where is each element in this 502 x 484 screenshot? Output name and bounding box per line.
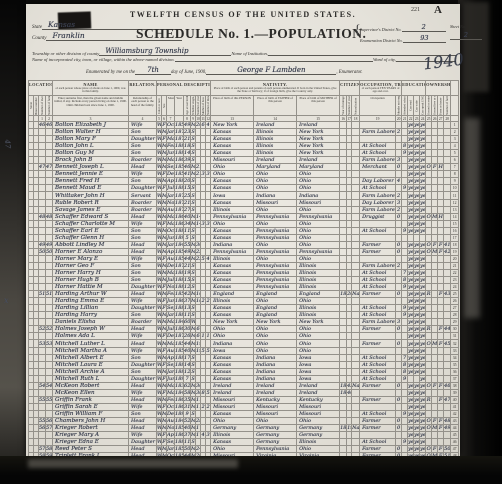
cell-age: 13 xyxy=(184,305,191,312)
cell-marital-status: S xyxy=(191,361,196,368)
cell-father-birthplace: England xyxy=(254,291,297,298)
cell-can-speak-english: yes xyxy=(420,375,426,382)
cell-color: W xyxy=(157,354,162,361)
cell-family-number: 58 xyxy=(46,446,53,453)
cell-color: W xyxy=(157,446,162,453)
cell-dwelling-number xyxy=(39,129,46,136)
cell-birth-year: 1894 xyxy=(175,234,184,241)
cell-farm-schedule-number xyxy=(444,164,451,171)
cell-can-write: yes xyxy=(414,206,420,213)
cell-can-write: yes xyxy=(414,446,420,453)
cell-birth-month: Nov xyxy=(167,199,175,206)
cell-birth-month: Mar xyxy=(167,340,175,347)
cell-home-owned-rented: R xyxy=(426,326,432,333)
cell-name: Mitchell Archie A xyxy=(53,368,129,375)
column-header-occupation: Occupation xyxy=(360,96,396,116)
cell-mother-birthplace: Germany xyxy=(297,425,340,432)
cell-occupation: Farm Laborer xyxy=(360,192,396,199)
cell-naturalization xyxy=(352,361,360,368)
cell-dwelling-number: 53 xyxy=(39,340,46,347)
cell-birthplace: Kansas xyxy=(211,305,254,312)
cell-sex: F xyxy=(162,361,167,368)
cell-can-write: yes xyxy=(414,347,420,354)
cell-age: 7 xyxy=(184,375,191,382)
table-row: Brock John BBoarderWMMay186139SMissouriI… xyxy=(29,157,459,164)
cell-father-birthplace: Ireland xyxy=(254,389,297,396)
cell-years-married: 17 xyxy=(196,425,201,432)
cell-farm-schedule-number xyxy=(444,361,451,368)
cell-marital-status: S xyxy=(191,206,196,213)
cell-birthplace: Kansas xyxy=(211,199,254,206)
cell-mother-birthplace: Ohio xyxy=(297,333,340,340)
cell-age: 12 xyxy=(184,284,191,291)
cell-can-speak-english: yes xyxy=(420,326,426,333)
cell-name: Griffin Frank xyxy=(53,396,129,403)
cell-age: 46 xyxy=(184,164,191,171)
column-group: OWNERSHIP OF HOME. xyxy=(426,81,451,96)
cell-can-write: yes xyxy=(414,425,420,432)
cell-father-birthplace: Pennsylvania xyxy=(254,269,297,276)
cell-birth-month: Oct xyxy=(167,227,175,234)
cell-can-write: yes xyxy=(414,396,420,403)
column-group: NATIVITY.Place of birth of each person a… xyxy=(211,81,340,96)
cell-birth-year: 1863 xyxy=(175,432,184,439)
cell-family-number xyxy=(46,277,53,284)
cell-father-birthplace: Germany xyxy=(254,425,297,432)
cell-father-birthplace: Ohio xyxy=(254,206,297,213)
cell-immigration-year xyxy=(340,340,347,347)
cell-father-birthplace: England xyxy=(254,305,297,312)
cell-birthplace: Ohio xyxy=(211,164,254,171)
cell-immigration-year xyxy=(340,199,347,206)
cell-birth-year: 1838 xyxy=(175,382,184,389)
table-row: 4949Abbott Lindley MHeadWMJan184555M30In… xyxy=(29,241,459,248)
cell-home-owned-rented: O xyxy=(426,425,432,432)
cell-occupation: At School xyxy=(360,361,396,368)
cell-can-read: yes xyxy=(408,199,414,206)
column-header-father-birthplace: Place of birth of FATHER of this person xyxy=(254,96,297,116)
cell-birth-year: 1884 xyxy=(175,185,184,192)
cell-color: W xyxy=(157,143,162,150)
cell-age: 14 xyxy=(184,361,191,368)
cell-can-write: yes xyxy=(414,305,420,312)
cell-children-living: 2 xyxy=(206,298,211,305)
cell-relation: Wife xyxy=(129,122,157,129)
cell-immigration-year: 1880 xyxy=(340,291,347,298)
cell-can-write: yes xyxy=(414,136,420,143)
cell-age: 11 xyxy=(184,227,191,234)
cell-family-number xyxy=(46,150,53,157)
cell-family-number xyxy=(46,220,53,227)
cell-relation: Boarder xyxy=(129,206,157,213)
cell-immigration-year xyxy=(340,354,347,361)
cell-can-write: yes xyxy=(414,410,420,417)
cell-birth-month: Jan xyxy=(167,446,175,453)
cell-immigration-year xyxy=(340,410,347,417)
cell-birthplace: Kansas xyxy=(211,269,254,276)
cell-home-free-mortgaged: M xyxy=(432,248,438,255)
enumerator-name: George F Lambden xyxy=(206,66,336,75)
column-header-family-number: Number of family in the order of visitat… xyxy=(46,96,53,116)
cell-birthplace: Kansas xyxy=(211,262,254,269)
cell-mother-birthplace: New York xyxy=(297,136,340,143)
cell-naturalization xyxy=(352,269,360,276)
cell-can-write: yes xyxy=(414,403,420,410)
cell-name: Horner Hattie M xyxy=(53,284,129,291)
cell-dwelling-number xyxy=(39,403,46,410)
cell-birth-year: 1858 xyxy=(175,291,184,298)
census-table: LOCATION.NAMEof each person whose place … xyxy=(28,80,459,460)
cell-birthplace: Pennsylvania xyxy=(211,213,254,220)
cell-name: Holmes Ada L xyxy=(53,333,129,340)
cell-years-in-us: 20 xyxy=(347,291,352,298)
cell-name: Holmes Joseph W xyxy=(53,326,129,333)
cell-can-speak-english: yes xyxy=(420,389,426,396)
cell-family-number: 52 xyxy=(46,326,53,333)
cell-can-read: yes xyxy=(408,298,414,305)
cell-sex: F xyxy=(162,403,167,410)
cell-age: 20 xyxy=(184,178,191,185)
cell-line-number: 4 xyxy=(451,143,459,150)
township-value: Williamsburg Township xyxy=(99,48,231,56)
cell-name: McKeon Robert xyxy=(53,382,129,389)
table-row: Holmes Ada LWifeWFDec187326M611OhioOhioO… xyxy=(29,333,459,340)
cell-birth-year: 1850 xyxy=(175,122,184,129)
table-row: 5758Reed Peter SHeadWMJan185050M24OhioPe… xyxy=(29,446,459,453)
cell-birthplace: Kansas xyxy=(211,368,254,375)
cell-family-number: 55 xyxy=(46,396,53,403)
enumeration-district-label: Enumeration District No. xyxy=(360,38,403,43)
cell-birth-year: 1882 xyxy=(175,143,184,150)
cell-sex: M xyxy=(162,396,167,403)
cell-family-number xyxy=(46,312,53,319)
cell-can-speak-english: yes xyxy=(420,164,426,171)
cell-birthplace: Kansas xyxy=(211,410,254,417)
cell-mother-of-children: 6 xyxy=(201,122,206,129)
cell-relation: Son xyxy=(129,269,157,276)
cell-family-number xyxy=(46,284,53,291)
column-header-farm-or-house: Farm or house xyxy=(438,96,444,116)
cell-relation: Head xyxy=(129,382,157,389)
cell-can-write: yes xyxy=(414,129,420,136)
cell-mother-of-children: 2 xyxy=(201,298,206,305)
margin-annotation: 47 xyxy=(3,139,11,148)
cell-mother-birthplace: Ohio xyxy=(297,255,340,262)
cell-color: W xyxy=(157,220,162,227)
cell-mother-birthplace: Illinois xyxy=(297,262,340,269)
table-row: Mitchell Ruth LDaughterWFJun18927SKansas… xyxy=(29,375,459,382)
cell-farm-schedule-number xyxy=(444,122,451,129)
column-group-note: of each person whose place of abode on J… xyxy=(53,87,128,93)
cell-birth-month: Apr xyxy=(167,248,175,255)
cell-age: 12 xyxy=(184,368,191,375)
cell-line-number: 8 xyxy=(451,171,459,178)
cell-age: 18 xyxy=(184,143,191,150)
cell-birth-year: 1860 xyxy=(175,213,184,220)
cell-marital-status: S xyxy=(191,277,196,284)
cell-family-number xyxy=(46,171,53,178)
cell-family-number xyxy=(46,136,53,143)
cell-farm-schedule-number: 49 xyxy=(444,425,451,432)
cell-naturalization: Na xyxy=(352,291,360,298)
cell-farm-schedule-number: 41 xyxy=(444,241,451,248)
cell-mother-birthplace: Pennsylvania xyxy=(297,213,340,220)
cell-naturalization xyxy=(352,305,360,312)
cell-father-birthplace: Pennsylvania xyxy=(254,213,297,220)
cell-color: W xyxy=(157,269,162,276)
cell-can-read: yes xyxy=(408,333,414,340)
cell-years-married: 36 xyxy=(196,382,201,389)
cell-home-owned-rented: O xyxy=(426,248,432,255)
cell-relation: Daughter xyxy=(129,185,157,192)
cell-farm-schedule-number xyxy=(444,312,451,319)
cell-name: Bolton Walter H xyxy=(53,129,129,136)
cell-birth-month: Sep xyxy=(167,439,175,446)
cell-years-married: 16 xyxy=(196,291,201,298)
cell-relation: Head xyxy=(129,291,157,298)
cell-name: Schaffer Earl E xyxy=(53,227,129,234)
cell-farm-or-house: H xyxy=(438,213,444,220)
cell-father-birthplace: Pennsylvania xyxy=(254,277,297,284)
cell-can-speak-english: yes xyxy=(420,199,426,206)
scanned-census-page: TWELFTH CENSUS OF THE UNITED STATES. 221… xyxy=(0,0,502,484)
cell-immigration-year xyxy=(340,248,347,255)
cell-birthplace: Illinois xyxy=(211,255,254,262)
cell-farm-schedule-number xyxy=(444,234,451,241)
cell-birth-month: Apr xyxy=(167,178,175,185)
cell-family-number xyxy=(46,410,53,417)
cell-immigration-year xyxy=(340,136,347,143)
cell-dwelling-number xyxy=(39,234,46,241)
cell-years-married: 25 xyxy=(196,248,201,255)
cell-birth-year: 1873 xyxy=(175,333,184,340)
cell-occupation xyxy=(360,298,396,305)
cell-farm-schedule-number xyxy=(444,143,451,150)
cell-farm-or-house: H xyxy=(438,164,444,171)
cell-occupation: Day Laborer xyxy=(360,199,396,206)
column-header-mother-of-children: Mother of how many children xyxy=(201,96,206,116)
cell-can-write: yes xyxy=(414,220,420,227)
cell-sex: M xyxy=(162,326,167,333)
cell-children-living: 4 xyxy=(206,122,211,129)
cell-color: W xyxy=(157,213,162,220)
cell-birth-month: Aug xyxy=(167,347,175,354)
cell-farm-schedule-number xyxy=(444,305,451,312)
cell-line-number: 26 xyxy=(451,298,459,305)
cell-birthplace: Kansas xyxy=(211,312,254,319)
cell-birth-year: 1884 xyxy=(175,277,184,284)
cell-father-birthplace: Pennsylvania xyxy=(254,248,297,255)
cell-occupation: Farmer xyxy=(360,425,396,432)
cell-can-read: yes xyxy=(408,410,414,417)
sheet-value: 2 xyxy=(450,31,482,40)
cell-dwelling-number: 51 xyxy=(39,291,46,298)
cell-family-number xyxy=(46,206,53,213)
enumerated-line: Enumerated by me on the 7th day of June,… xyxy=(86,66,456,75)
cell-marital-status: M xyxy=(191,298,196,305)
table-row: Krieger Mary AWifeWFApr186337M1743Illino… xyxy=(29,432,459,439)
cell-name: Horner Mary E xyxy=(53,255,129,262)
cell-relation: Daughter xyxy=(129,361,157,368)
cell-sex: M xyxy=(162,382,167,389)
cell-years-married: 14 xyxy=(196,220,201,227)
cell-occupation: Farm Laborer xyxy=(360,319,396,326)
cell-naturalization xyxy=(352,206,360,213)
cell-birthplace: Kansas xyxy=(211,439,254,446)
cell-dwelling-number xyxy=(39,136,46,143)
cell-father-birthplace: Ohio xyxy=(254,298,297,305)
cell-mother-birthplace: New York xyxy=(297,143,340,150)
column-group: PERSONAL DESCRIPTION. xyxy=(157,81,211,96)
cell-farm-schedule-number: 50 xyxy=(444,446,451,453)
cell-name: Griffin Sarah E xyxy=(53,403,129,410)
cell-birthplace: Indiana xyxy=(211,241,254,248)
cell-age: 15 xyxy=(184,277,191,284)
cell-color: W xyxy=(157,234,162,241)
cell-birth-month: Mar xyxy=(167,213,175,220)
cell-color: W xyxy=(157,150,162,157)
cell-naturalization xyxy=(352,143,360,150)
cell-name: Schaffer Glenn H xyxy=(53,234,129,241)
cell-dwelling-number xyxy=(39,192,46,199)
cell-age: 40 xyxy=(184,347,191,354)
cell-years-in-us: 45 xyxy=(347,382,352,389)
census-title: TWELFTH CENSUS OF THE UNITED STATES. xyxy=(26,10,460,19)
cell-dwelling-number xyxy=(39,220,46,227)
cell-age: 62 xyxy=(184,382,191,389)
cell-marital-status: S xyxy=(191,262,196,269)
cell-can-speak-english: yes xyxy=(420,277,426,284)
cell-can-speak-english: yes xyxy=(420,213,426,220)
cell-dwelling-number: 57 xyxy=(39,446,46,453)
cell-dwelling-number xyxy=(39,262,46,269)
cell-can-speak-english: yes xyxy=(420,305,426,312)
cell-occupation: Merchant xyxy=(360,164,396,171)
city-value-blank xyxy=(175,61,373,62)
cell-relation: Wife xyxy=(129,298,157,305)
cell-father-birthplace: New York xyxy=(254,319,297,326)
cell-name: Mitchell Martha A xyxy=(53,347,129,354)
cell-home-owned-rented: O xyxy=(426,213,432,220)
cell-birthplace: Kansas xyxy=(211,136,254,143)
cell-mother-birthplace: Ohio xyxy=(297,206,340,213)
cell-birth-year: 1890 xyxy=(175,410,184,417)
cell-naturalization xyxy=(352,129,360,136)
cell-name: McKeon Ellen xyxy=(53,389,129,396)
cell-birthplace: Missouri xyxy=(211,396,254,403)
cell-father-birthplace: Illinois xyxy=(254,136,297,143)
cell-relation: Head xyxy=(129,241,157,248)
cell-naturalization xyxy=(352,277,360,284)
cell-name: Krieger Mary A xyxy=(53,432,129,439)
cell-color: W xyxy=(157,410,162,417)
cell-years-married: 11 xyxy=(196,403,201,410)
cell-relation: Head xyxy=(129,213,157,220)
column-header-naturalization: Naturalization xyxy=(352,96,360,116)
cell-farm-schedule-number xyxy=(444,262,451,269)
cell-family-number xyxy=(46,368,53,375)
cell-farm-schedule-number xyxy=(444,220,451,227)
cell-children-living: 3 xyxy=(206,171,211,178)
cell-relation: Son xyxy=(129,368,157,375)
cell-age: 14 xyxy=(184,150,191,157)
cell-naturalization xyxy=(352,199,360,206)
cell-naturalization xyxy=(352,241,360,248)
cell-name: Schaffer Charlotte M xyxy=(53,220,129,227)
cell-relation: Wife xyxy=(129,255,157,262)
cell-mother-birthplace: Kentucky xyxy=(297,396,340,403)
cell-relation: Boarder xyxy=(129,157,157,164)
cell-sex: M xyxy=(162,291,167,298)
cell-birth-month: Jan xyxy=(167,368,175,375)
cell-dwelling-number xyxy=(39,298,46,305)
cell-immigration-year xyxy=(340,333,347,340)
cell-farm-schedule-number xyxy=(444,178,451,185)
column-header-sex: Sex xyxy=(162,96,167,116)
cell-birthplace: Missouri xyxy=(211,403,254,410)
cell-can-read: yes xyxy=(408,446,414,453)
cell-mother-birthplace: Missouri xyxy=(297,403,340,410)
cell-dwelling-number xyxy=(39,389,46,396)
cell-mother-birthplace: Iowa xyxy=(297,354,340,361)
cell-line-number: 9 xyxy=(451,178,459,185)
cell-mother-birthplace: Ohio xyxy=(297,340,340,347)
cell-naturalization xyxy=(352,164,360,171)
table-row: 4848Schaffer Edward SHeadWMMar186040M14P… xyxy=(29,213,459,220)
cell-can-read: yes xyxy=(408,389,414,396)
cell-birth-year: 1856 xyxy=(175,340,184,347)
city-label: Name of incorporated city, town, or vill… xyxy=(32,57,175,62)
cell-family-number xyxy=(46,298,53,305)
cell-color: W xyxy=(157,284,162,291)
cell-birth-month: Mar xyxy=(167,269,175,276)
cell-family-number xyxy=(46,361,53,368)
cell-name: Griffin William F xyxy=(53,410,129,417)
cell-marital-status: S xyxy=(191,439,196,446)
cell-birth-month: Jul xyxy=(167,326,175,333)
cell-dwelling-number xyxy=(39,361,46,368)
cell-can-speak-english: yes xyxy=(420,361,426,368)
cell-line-number: 41 xyxy=(451,403,459,410)
schedule-title: SCHEDULE No. 1.—POPULATION. xyxy=(136,26,356,42)
cell-occupation: At School xyxy=(360,227,396,234)
cell-can-read: yes xyxy=(408,417,414,424)
cell-immigration-year xyxy=(340,241,347,248)
cell-marital-status: M xyxy=(191,291,196,298)
cell-line-number: 20 xyxy=(451,255,459,262)
column-group-note: Place of birth of each person and parent… xyxy=(211,87,339,93)
cell-color: W xyxy=(157,319,162,326)
cell-sex: M xyxy=(162,319,167,326)
table-row: Mitchell Laura EDaughterWFSep188514SKans… xyxy=(29,361,459,368)
cell-years-married: 21 xyxy=(196,164,201,171)
cell-relation: Daughter xyxy=(129,136,157,143)
cell-marital-status: M xyxy=(191,220,196,227)
cell-dwelling-number xyxy=(39,305,46,312)
cell-can-read: yes xyxy=(408,305,414,312)
scan-edge-left xyxy=(0,0,26,484)
cell-relation: Son xyxy=(129,410,157,417)
cell-sex: M xyxy=(162,164,167,171)
cell-family-number xyxy=(46,305,53,312)
cell-farm-schedule-number xyxy=(444,319,451,326)
cell-name: Bennett Fred H xyxy=(53,178,129,185)
cell-farm-schedule-number: 47 xyxy=(444,396,451,403)
cell-can-write: yes xyxy=(414,284,420,291)
cell-family-number: 56 xyxy=(46,417,53,424)
cell-father-birthplace: Illinois xyxy=(254,129,297,136)
cell-father-birthplace: Indiana xyxy=(254,192,297,199)
